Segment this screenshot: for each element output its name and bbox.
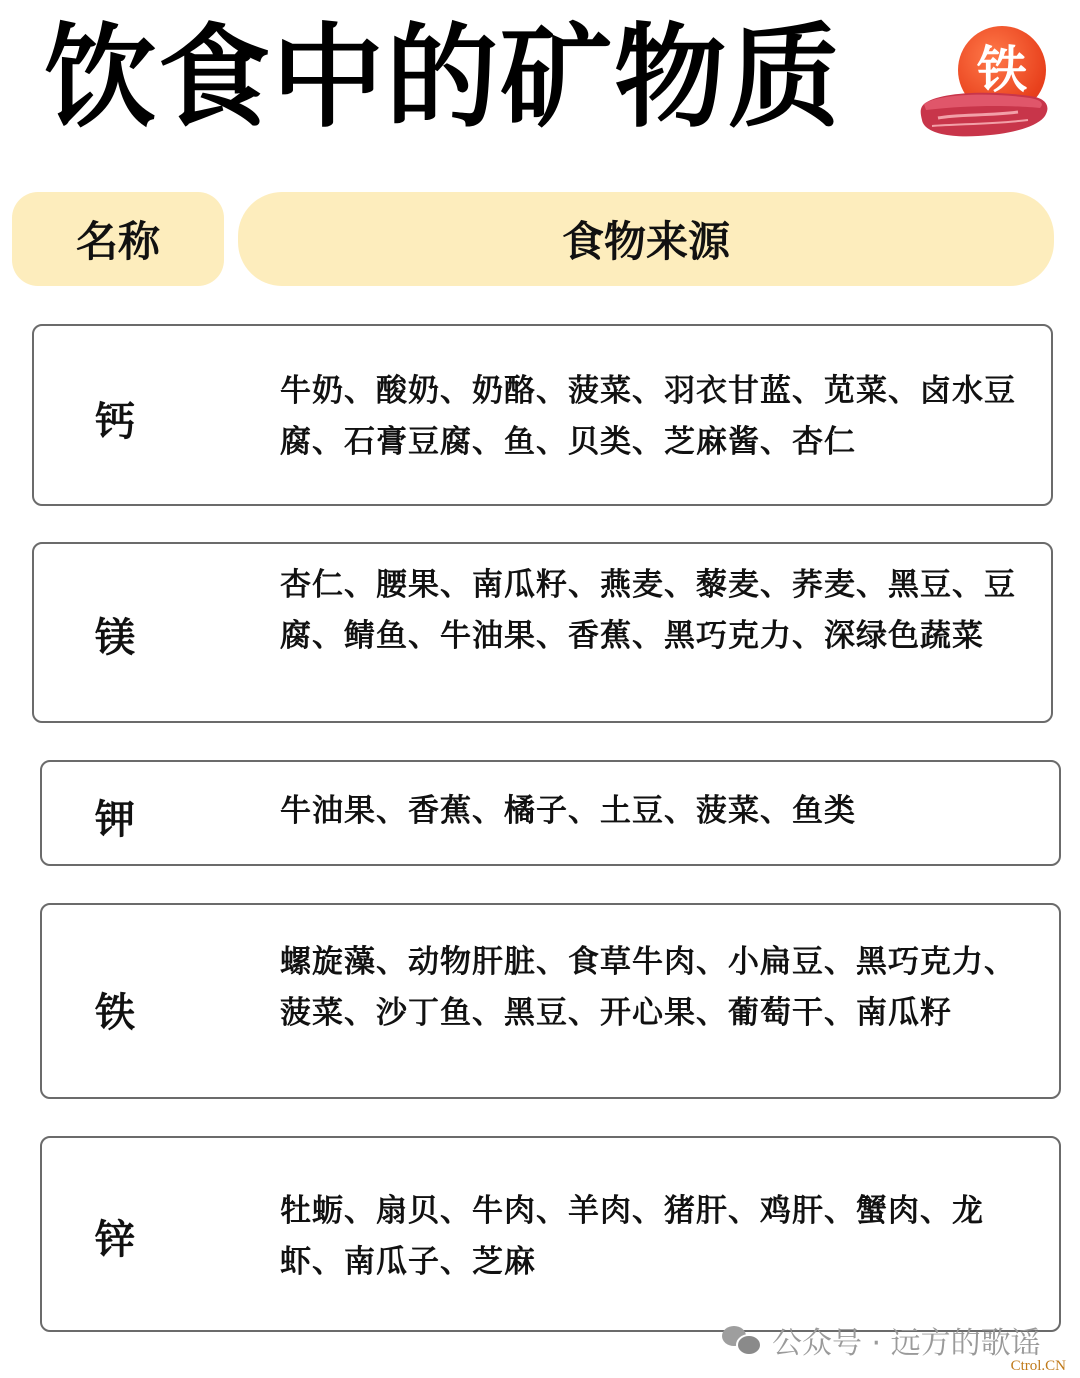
mineral-name: 铁	[90, 981, 140, 1038]
header-name-column: 名称	[12, 192, 224, 286]
mineral-row-zinc: 锌 牡蛎、扇贝、牛肉、羊肉、猪肝、鸡肝、蟹肉、龙虾、南瓜子、芝麻	[40, 1136, 1061, 1332]
food-sources: 牛油果、香蕉、橘子、土豆、菠菜、鱼类	[280, 786, 1016, 837]
iron-badge: 铁	[916, 20, 1056, 140]
meat-steak-icon	[918, 90, 1050, 138]
mineral-row-magnesium: 镁 杏仁、腰果、南瓜籽、燕麦、藜麦、荞麦、黑豆、豆腐、鲭鱼、牛油果、香蕉、黑巧克…	[32, 542, 1053, 723]
site-label: Ctrol.CN	[1011, 1358, 1066, 1375]
mineral-row-iron: 铁 螺旋藻、动物肝脏、食草牛肉、小扁豆、黑巧克力、菠菜、沙丁鱼、黑豆、开心果、葡…	[40, 903, 1061, 1099]
food-sources: 牛奶、酸奶、奶酪、菠菜、羽衣甘蓝、苋菜、卤水豆腐、石膏豆腐、鱼、贝类、芝麻酱、杏…	[280, 366, 1016, 468]
watermark-text: 公众号 · 远方的歌谣	[772, 1318, 1041, 1362]
food-sources: 螺旋藻、动物肝脏、食草牛肉、小扁豆、黑巧克力、菠菜、沙丁鱼、黑豆、开心果、葡萄干…	[280, 937, 1016, 1039]
header-source-column: 食物来源	[238, 192, 1054, 286]
food-sources: 杏仁、腰果、南瓜籽、燕麦、藜麦、荞麦、黑豆、豆腐、鲭鱼、牛油果、香蕉、黑巧克力、…	[280, 560, 1016, 662]
page-title: 饮食中的矿物质	[44, 8, 842, 148]
mineral-name: 钾	[90, 788, 140, 845]
mineral-name: 锌	[90, 1208, 140, 1265]
mineral-name: 镁	[90, 606, 140, 663]
mineral-row-potassium: 钾 牛油果、香蕉、橘子、土豆、菠菜、鱼类	[40, 760, 1061, 866]
food-sources: 牡蛎、扇贝、牛肉、羊肉、猪肝、鸡肝、蟹肉、龙虾、南瓜子、芝麻	[280, 1186, 1016, 1288]
wechat-icon	[722, 1324, 762, 1356]
mineral-row-calcium: 钙 牛奶、酸奶、奶酪、菠菜、羽衣甘蓝、苋菜、卤水豆腐、石膏豆腐、鱼、贝类、芝麻酱…	[32, 324, 1053, 506]
watermark: 公众号 · 远方的歌谣	[722, 1318, 1041, 1362]
mineral-name: 钙	[90, 390, 140, 447]
